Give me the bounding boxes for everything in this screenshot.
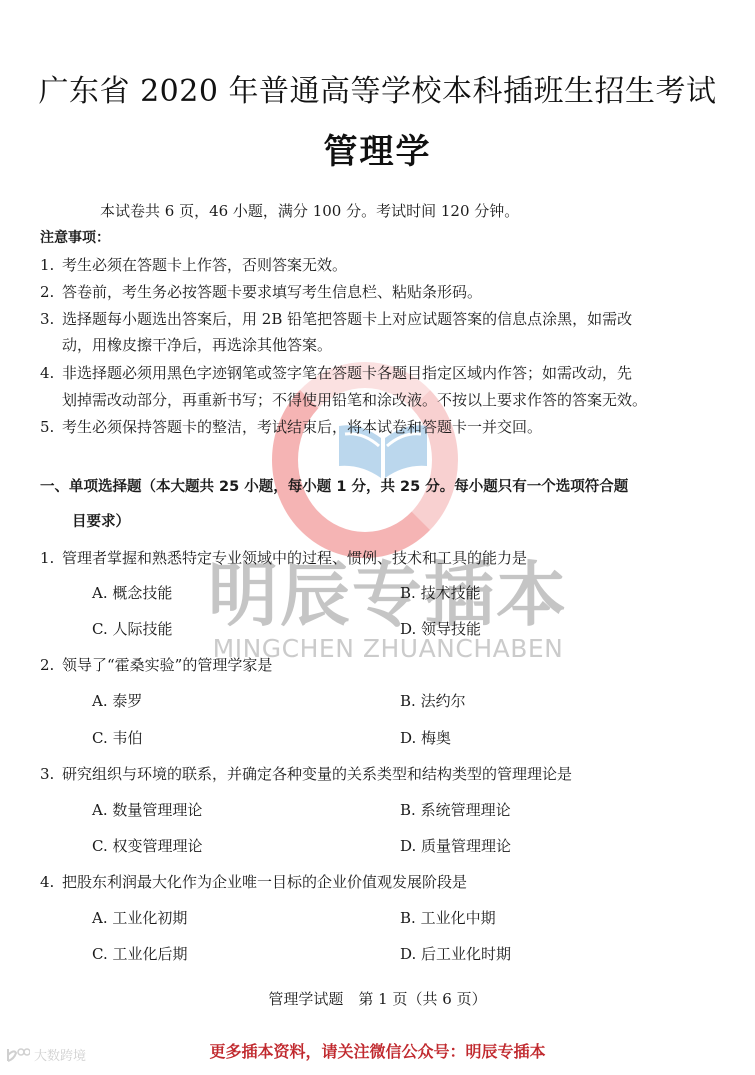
note-number: 2. bbox=[40, 281, 62, 303]
note-text: 答卷前，考生务必按答题卡要求填写考生信息栏、粘贴条形码。 bbox=[62, 283, 482, 301]
brand-logo-icon bbox=[6, 1047, 30, 1063]
question-1-option-a: A. 概念技能 bbox=[92, 582, 172, 604]
exam-title: 广东省 2020 年普通高等学校本科插班生招生考试 bbox=[0, 72, 755, 112]
question-2-option-b: B. 法约尔 bbox=[400, 690, 466, 712]
question-3-option-c: C. 权变管理理论 bbox=[92, 835, 203, 857]
section-heading: 一、单项选择题（本大题共 25 小题，每小题 1 分，共 25 分。每小题只有一… bbox=[40, 476, 628, 498]
page-number-footer: 管理学试题 第 1 页（共 6 页） bbox=[0, 988, 755, 1010]
question-number: 2. bbox=[40, 654, 62, 676]
note-text: 考生必须在答题卡上作答，否则答案无效。 bbox=[62, 256, 347, 274]
note-number: 3. bbox=[40, 308, 62, 330]
note-number: 1. bbox=[40, 254, 62, 276]
question-number: 1. bbox=[40, 547, 62, 569]
question-4-stem: 4.把股东利润最大化作为企业唯一目标的企业价值观发展阶段是 bbox=[40, 871, 467, 893]
question-3-option-a: A. 数量管理理论 bbox=[92, 799, 202, 821]
note-text: 选择题每小题选出答案后，用 2B 铅笔把答题卡上对应试题答案的信息点涂黑，如需改 bbox=[62, 310, 632, 328]
question-4-option-d: D. 后工业化时期 bbox=[400, 943, 511, 965]
question-3-option-b: B. 系统管理理论 bbox=[400, 799, 511, 821]
question-text: 管理者掌握和熟悉特定专业领域中的过程、惯例、技术和工具的能力是 bbox=[62, 549, 527, 567]
question-4-option-b: B. 工业化中期 bbox=[400, 907, 496, 929]
question-1-option-b: B. 技术技能 bbox=[400, 582, 481, 604]
question-1-option-c: C. 人际技能 bbox=[92, 618, 173, 640]
note-number: 5. bbox=[40, 416, 62, 438]
corner-watermark-text: 大数跨境 bbox=[34, 1045, 86, 1064]
question-text: 领导了“霍桑实验”的管理学家是 bbox=[62, 656, 272, 674]
corner-watermark: 大数跨境 bbox=[6, 1045, 86, 1064]
note-item-3: 3.选择题每小题选出答案后，用 2B 铅笔把答题卡上对应试题答案的信息点涂黑，如… bbox=[40, 308, 632, 330]
question-2-option-a: A. 泰罗 bbox=[92, 690, 142, 712]
note-number: 4. bbox=[40, 362, 62, 384]
question-3-option-d: D. 质量管理理论 bbox=[400, 835, 511, 857]
question-text: 把股东利润最大化作为企业唯一目标的企业价值观发展阶段是 bbox=[62, 873, 467, 891]
question-2-option-c: C. 韦伯 bbox=[92, 727, 143, 749]
note-item-3-continued: 动，用橡皮擦干净后，再选涂其他答案。 bbox=[62, 334, 332, 356]
note-item-4-continued: 划掉需改动部分，再重新书写；不得使用铅笔和涂改液。不按以上要求作答的答案无效。 bbox=[62, 389, 647, 411]
note-item-1: 1.考生必须在答题卡上作答，否则答案无效。 bbox=[40, 254, 347, 276]
question-4-option-a: A. 工业化初期 bbox=[92, 907, 187, 929]
note-item-5: 5.考生必须保持答题卡的整洁，考试结束后，将本试卷和答题卡一并交回。 bbox=[40, 416, 542, 438]
question-2-option-d: D. 梅奥 bbox=[400, 727, 451, 749]
question-number: 3. bbox=[40, 763, 62, 785]
note-text: 非选择题必须用黑色字迹钢笔或签字笔在答题卡各题目指定区域内作答；如需改动，先 bbox=[62, 364, 632, 382]
question-2-stem: 2.领导了“霍桑实验”的管理学家是 bbox=[40, 654, 272, 676]
subject-title: 管理学 bbox=[0, 128, 755, 176]
question-3-stem: 3.研究组织与环境的联系，并确定各种变量的关系类型和结构类型的管理理论是 bbox=[40, 763, 572, 785]
note-text: 考生必须保持答题卡的整洁，考试结束后，将本试卷和答题卡一并交回。 bbox=[62, 418, 542, 436]
notes-heading: 注意事项： bbox=[40, 227, 110, 249]
note-item-2: 2.答卷前，考生务必按答题卡要求填写考生信息栏、粘贴条形码。 bbox=[40, 281, 482, 303]
question-1-option-d: D. 领导技能 bbox=[400, 618, 481, 640]
question-text: 研究组织与环境的联系，并确定各种变量的关系类型和结构类型的管理理论是 bbox=[62, 765, 572, 783]
question-number: 4. bbox=[40, 871, 62, 893]
section-heading-continued: 目要求） bbox=[72, 511, 130, 533]
question-4-option-c: C. 工业化后期 bbox=[92, 943, 188, 965]
exam-intro: 本试卷共 6 页，46 小题，满分 100 分。考试时间 120 分钟。 bbox=[100, 200, 519, 222]
promo-banner: 更多插本资料，请关注微信公众号：明辰专插本 bbox=[0, 1040, 755, 1064]
exam-page: 明辰专插本 MINGCHEN ZHUANCHABEN 广东省 2020 年普通高… bbox=[0, 0, 755, 1075]
note-item-4: 4.非选择题必须用黑色字迹钢笔或签字笔在答题卡各题目指定区域内作答；如需改动，先 bbox=[40, 362, 632, 384]
question-1-stem: 1.管理者掌握和熟悉特定专业领域中的过程、惯例、技术和工具的能力是 bbox=[40, 547, 527, 569]
